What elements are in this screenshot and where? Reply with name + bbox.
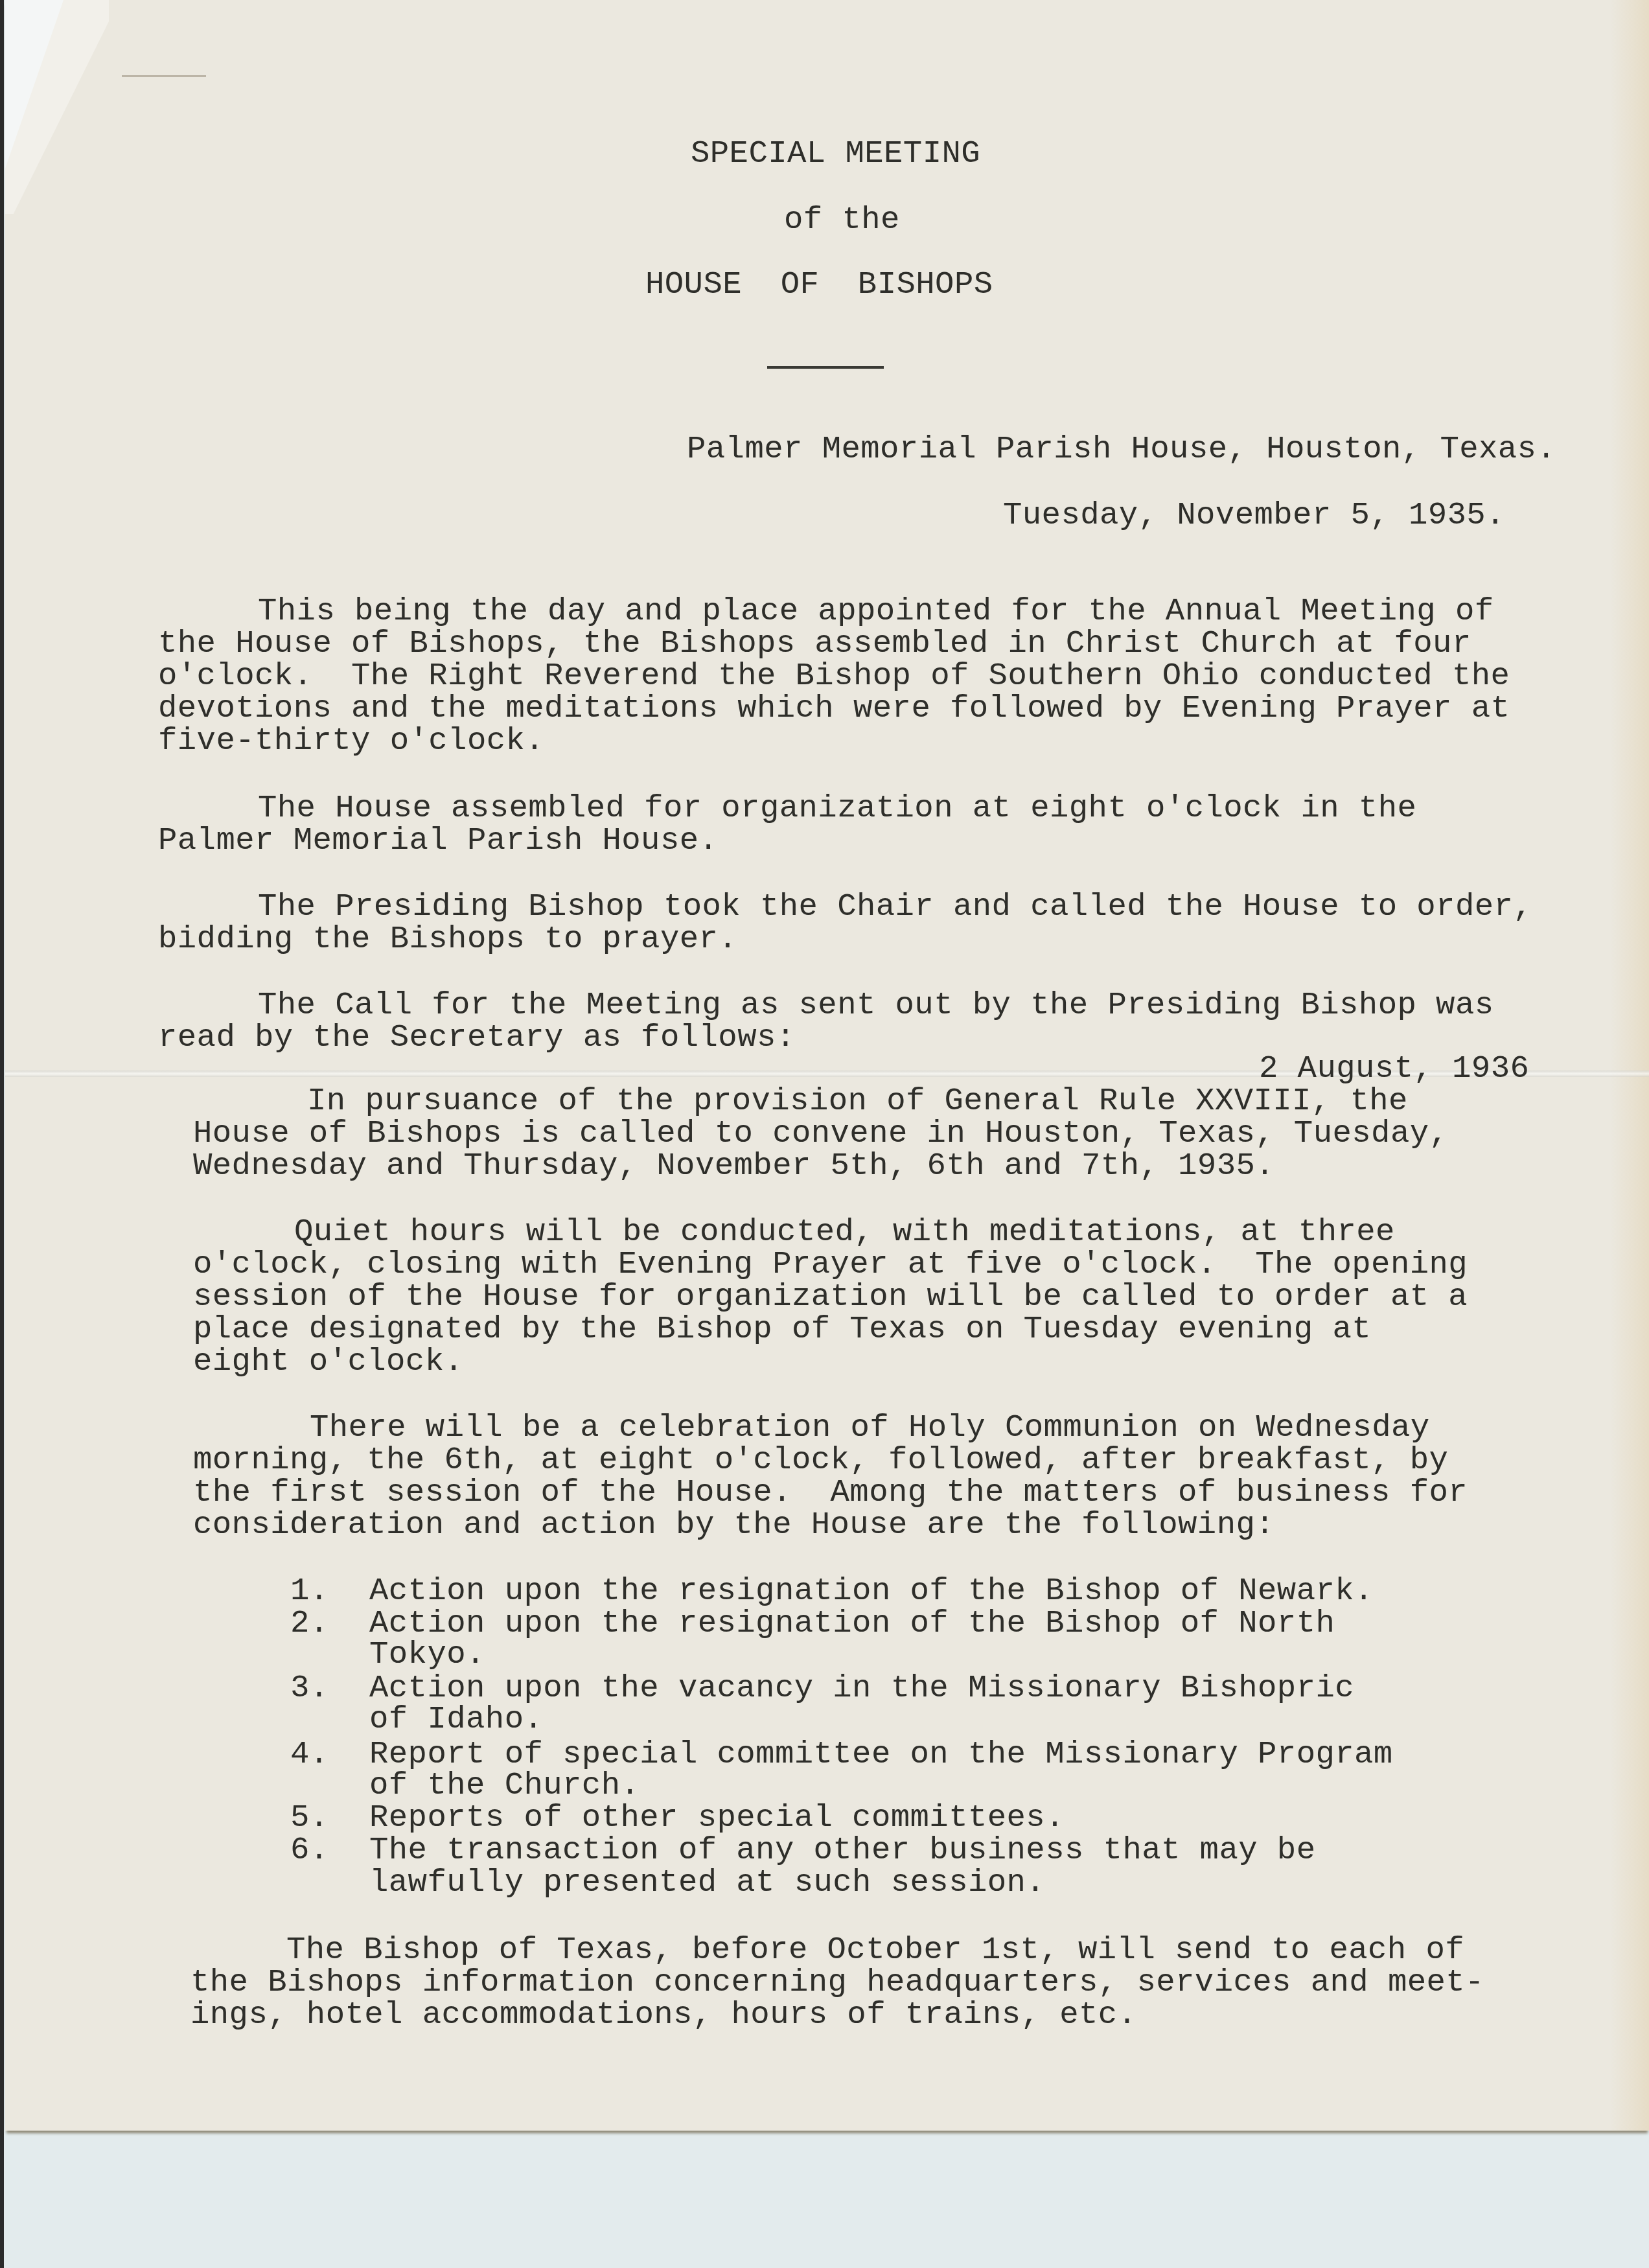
text-line: morning, the 6th, at eight o'clock, foll… [193,1444,1448,1476]
title-line-1: SPECIAL MEETING [691,137,980,170]
text-line: In pursuance of the provision of General… [307,1085,1408,1117]
text-line: devotions and the meditations which were… [158,692,1510,724]
list-item-number: 3. [290,1672,329,1704]
list-item-number: 6. [290,1834,329,1866]
list-item-number: 1. [290,1575,329,1607]
list-item-number: 5. [290,1801,329,1834]
text-line: Palmer Memorial Parish House. [158,824,718,857]
text-line: the House of Bishops, the Bishops assemb… [158,627,1471,660]
meeting-location: Palmer Memorial Parish House, Houston, T… [687,433,1556,465]
text-line: place designated by the Bishop of Texas … [193,1313,1371,1345]
list-item-text: The transaction of any other business th… [369,1834,1315,1866]
list-item-text: of the Church. [369,1769,640,1801]
list-item-text: Tokyo. [369,1638,485,1671]
text-line: consideration and action by the House ar… [193,1509,1274,1541]
text-line: five-thirty o'clock. [158,724,544,757]
typewritten-page: SPECIAL MEETING of the HOUSE OF BISHOPS … [5,0,1649,2131]
list-item-text: Reports of other special committees. [369,1801,1065,1834]
text-line: the first session of the House. Among th… [193,1476,1468,1509]
text-line: o'clock. The Right Reverend the Bishop o… [158,660,1510,692]
list-item-number: 2. [290,1607,329,1639]
list-item-text: of Idaho. [369,1703,543,1735]
text-line: read by the Secretary as follows: [158,1021,796,1054]
scanner-edge [0,0,4,2268]
title-underline-rule [767,366,884,369]
text-line: Wednesday and Thursday, November 5th, 6t… [193,1150,1274,1182]
text-line: This being the day and place appointed f… [258,595,1494,627]
text-line: Quiet hours will be conducted, with medi… [294,1216,1395,1248]
list-item-text: lawfully presented at such session. [369,1866,1045,1899]
meeting-date: Tuesday, November 5, 1935. [1003,499,1505,531]
list-item-text: Action upon the resignation of the Bisho… [369,1575,1374,1607]
text-line: bidding the Bishops to prayer. [158,923,737,955]
text-line: There will be a celebration of Holy Comm… [310,1411,1430,1444]
text-line: eight o'clock. [193,1345,463,1378]
list-item-text: Action upon the vacancy in the Missionar… [369,1672,1354,1704]
text-line: The Presiding Bishop took the Chair and … [258,890,1532,923]
paper-edge-tint [1610,0,1649,2131]
text-line: The Call for the Meeting as sent out by … [258,989,1494,1021]
list-item-text: Report of special committee on the Missi… [369,1738,1393,1770]
text-line: The Bishop of Texas, before October 1st,… [286,1934,1464,1966]
text-line: the Bishops information concerning headq… [190,1966,1484,1998]
text-line: House of Bishops is called to convene in… [193,1117,1448,1150]
title-line-2: of the [784,203,900,236]
text-line: o'clock, closing with Evening Prayer at … [193,1248,1468,1280]
title-line-3: HOUSE OF BISHOPS [645,268,993,301]
staple-mark [122,75,206,77]
text-line: ings, hotel accommodations, hours of tra… [190,1998,1136,2031]
list-item-number: 4. [290,1738,329,1770]
text-line: session of the House for organization wi… [193,1280,1468,1313]
list-item-text: Action upon the resignation of the Bisho… [369,1607,1335,1639]
call-date: 2 August, 1936 [1259,1052,1529,1085]
text-line: The House assembled for organization at … [258,792,1416,824]
